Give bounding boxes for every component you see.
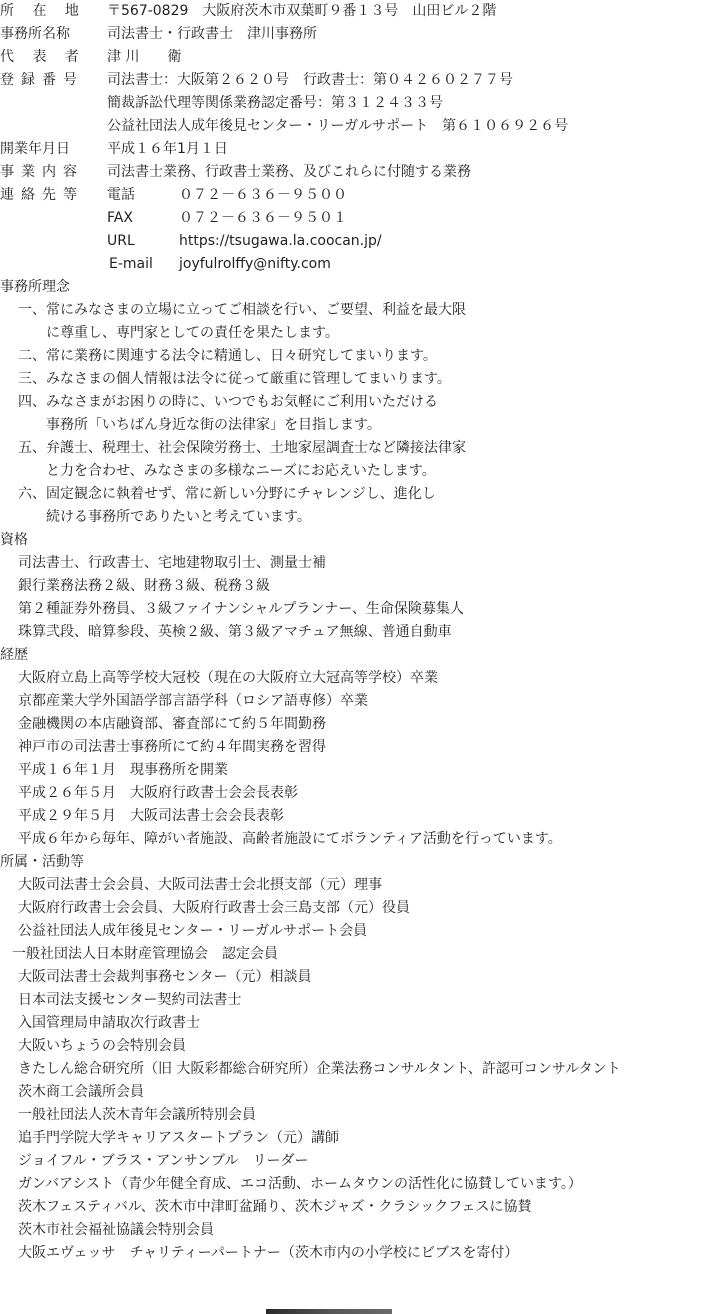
affiliations-heading: 所属・活動等 (0, 851, 707, 874)
affiliation-item: 大阪いちょうの会特別会員 (0, 1035, 707, 1058)
affiliation-item: 追手門学院大学キャリアスタートプラン（元）講師 (0, 1127, 707, 1150)
affiliation-item: 日本司法支援センター契約司法書士 (0, 989, 707, 1012)
qualifications-section: 資格 司法書士、行政書士、宅地建物取引士、測量士補 銀行業務法務２級、財務３級、… (0, 529, 707, 644)
contact-row-phone: 連絡先等 電話０７２－６３６－９５００ (0, 184, 707, 207)
qualification-item: 第２種証券外務員、３級ファイナンシャルプランナー、生命保険募集人 (0, 598, 707, 621)
affiliation-item: ガンバアシスト（青少年健全育成、エコ活動、ホームタウンの活性化に協賛しています。… (0, 1173, 707, 1196)
career-item: 神戸市の司法書士事務所にて約４年間実務を習得 (0, 736, 707, 759)
value-certification-number: 簡裁訴訟代理等関係業務認定番号：第３１２４３３号 (107, 92, 443, 115)
philosophy-line: 三、みなさまの個人情報は法令に従って厳重に管理してまいります。 (0, 368, 707, 391)
career-section: 経歴 大阪府立島上高等学校大冠校（現在の大阪府立大冠高等学校）卒業 京都産業大学… (0, 644, 707, 851)
label-registration: 登録番号 (0, 69, 107, 92)
career-item: 平成２６年５月 大阪府行政書士会会長表彰 (0, 782, 707, 805)
affiliation-item: 大阪府行政書士会会員、大阪府行政書士会三島支部（元）役員 (0, 897, 707, 920)
contact-key-fax: FAX (107, 207, 179, 230)
philosophy-line: 二、常に業務に関連する法令に精通し、日々研究してまいります。 (0, 345, 707, 368)
philosophy-line: に尊重し、専門家としての責任を果たします。 (0, 322, 707, 345)
url-link[interactable]: https://tsugawa.la.coocan.jp/ (179, 233, 382, 249)
affiliation-item: 一般社団法人日本財産管理協会 認定会員 (0, 943, 707, 966)
profile-row-opening-date: 開業年月日 平成１６年1月１日 (0, 138, 707, 161)
label-address: 所 在 地 (0, 0, 107, 23)
fax-number: ０７２－６３６－９５０１ (179, 210, 347, 226)
affiliation-item: 入国管理局申請取次行政書士 (0, 1012, 707, 1035)
value-opening-date: 平成１６年1月１日 (107, 138, 228, 161)
profile-row-representative: 代 表 者 津 川 衛 (0, 46, 707, 69)
contact-row-email: E-mailjoyfulrolffy@nifty.com (0, 253, 707, 276)
affiliations-section: 所属・活動等 大阪司法書士会会員、大阪司法書士会北摂支部（元）理事 大阪府行政書… (0, 851, 707, 1265)
profile-table: 所 在 地 〒567-0829 大阪府茨木市双葉町９番１３号 山田ビル２階 事務… (0, 0, 707, 276)
profile-row-office-name: 事務所名称 司法書士・行政書士 津川事務所 (0, 23, 707, 46)
contact-key-email: E-mail (107, 253, 179, 276)
career-heading: 経歴 (0, 644, 707, 667)
affiliation-item: 茨木商工会議所会員 (0, 1081, 707, 1104)
contact-row-url: URLhttps://tsugawa.la.coocan.jp/ (0, 230, 707, 253)
email-link[interactable]: joyfulrolffy@nifty.com (179, 256, 331, 272)
career-item: 金融機関の本店融資部、審査部にて約５年間勤務 (0, 713, 707, 736)
affiliation-item: 大阪司法書士会裁判事務センター（元）相談員 (0, 966, 707, 989)
profile-row-address: 所 在 地 〒567-0829 大阪府茨木市双葉町９番１３号 山田ビル２階 (0, 0, 707, 23)
philosophy-line: 一、常にみなさまの立場に立ってご相談を行い、ご要望、利益を最大限 (0, 299, 707, 322)
contact-key-url: URL (107, 230, 179, 253)
qualifications-heading: 資格 (0, 529, 707, 552)
affiliation-item: 茨木市社会福祉協議会特別会員 (0, 1219, 707, 1242)
value-address: 〒567-0829 大阪府茨木市双葉町９番１３号 山田ビル２階 (107, 0, 496, 23)
label-business: 事業内容 (0, 161, 107, 184)
label-representative: 代 表 者 (0, 46, 107, 69)
office-profile: 所 在 地 〒567-0829 大阪府茨木市双葉町９番１３号 山田ビル２階 事務… (0, 0, 707, 1265)
phone-number[interactable]: ０７２－６３６－９５００ (179, 187, 347, 203)
philosophy-heading: 事務所理念 (0, 276, 707, 299)
career-item: 平成６年から毎年、障がい者施設、高齢者施設にてボランティア活動を行っています。 (0, 828, 707, 851)
value-business: 司法書士業務、行政書士業務、及びこれらに付随する業務 (107, 161, 471, 184)
label-office-name: 事務所名称 (0, 23, 107, 46)
profile-row-business: 事業内容 司法書士業務、行政書士業務、及びこれらに付随する業務 (0, 161, 707, 184)
value-registration: 司法書士：大阪第２６２０号 行政書士：第０４２６０２７７号 (107, 69, 513, 92)
affiliation-item: 大阪エヴェッサ チャリティーパートナー（茨木市内の小学校にビブスを寄付） (0, 1242, 707, 1265)
philosophy-line: 四、みなさまがお困りの時に、いつでもお気軽にご利用いただける (0, 391, 707, 414)
career-item: 平成２９年５月 大阪司法書士会会長表彰 (0, 805, 707, 828)
qualification-item: 司法書士、行政書士、宅地建物取引士、測量士補 (0, 552, 707, 575)
qualification-item: 珠算弐段、暗算参段、英検２級、第３級アマチュア無線、普通自動車 (0, 621, 707, 644)
label-contact: 連絡先等 (0, 184, 107, 207)
affiliation-item: 大阪司法書士会会員、大阪司法書士会北摂支部（元）理事 (0, 874, 707, 897)
career-item: 平成１６年１月 現事務所を開業 (0, 759, 707, 782)
profile-row-registration-3: 公益社団法人成年後見センター・リーガルサポート 第６１０６９２６号 (0, 115, 707, 138)
philosophy-line: 五、弁護士、税理士、社会保険労務士、土地家屋調査士など隣接法律家 (0, 437, 707, 460)
value-representative: 津 川 衛 (107, 46, 181, 69)
profile-row-registration-2: 簡裁訴訟代理等関係業務認定番号：第３１２４３３号 (0, 92, 707, 115)
affiliation-item: きたしん総合研究所（旧 大阪彩都総合研究所）企業法務コンサルタント、許認可コンサ… (0, 1058, 707, 1081)
philosophy-line: 六、固定観念に執着せず、常に新しい分野にチャレンジし、進化し (0, 483, 707, 506)
contact-row-fax: FAX０７２－６３６－９５０１ (0, 207, 707, 230)
profile-row-registration: 登録番号 司法書士：大阪第２６２０号 行政書士：第０４２６０２７７号 (0, 69, 707, 92)
philosophy-line: 事務所「いちばん身近な街の法律家」を目指します。 (0, 414, 707, 437)
career-item: 大阪府立島上高等学校大冠校（現在の大阪府立大冠高等学校）卒業 (0, 667, 707, 690)
qualification-item: 銀行業務法務２級、財務３級、税務３級 (0, 575, 707, 598)
scroll-bar-handle[interactable] (266, 1309, 392, 1314)
affiliation-item: 茨木フェスティバル、茨木市中津町盆踊り、茨木ジャズ・クラシックフェスに協賛 (0, 1196, 707, 1219)
affiliation-item: ジョイフル・ブラス・アンサンブル リーダー (0, 1150, 707, 1173)
career-item: 京都産業大学外国語学部言語学科（ロシア語専修）卒業 (0, 690, 707, 713)
label-opening-date: 開業年月日 (0, 138, 107, 161)
philosophy-line: 続ける事務所でありたいと考えています。 (0, 506, 707, 529)
label-empty (0, 115, 107, 138)
philosophy-section: 事務所理念 一、常にみなさまの立場に立ってご相談を行い、ご要望、利益を最大限 に… (0, 276, 707, 529)
affiliation-item: 公益社団法人成年後見センター・リーガルサポート会員 (0, 920, 707, 943)
contact-key-phone: 電話 (107, 184, 179, 207)
label-empty (0, 92, 107, 115)
philosophy-line: と力を合わせ、みなさまの多様なニーズにお応えいたします。 (0, 460, 707, 483)
affiliation-item: 一般社団法人茨木青年会議所特別会員 (0, 1104, 707, 1127)
value-legal-support-number: 公益社団法人成年後見センター・リーガルサポート 第６１０６９２６号 (107, 115, 568, 138)
value-office-name: 司法書士・行政書士 津川事務所 (107, 23, 317, 46)
